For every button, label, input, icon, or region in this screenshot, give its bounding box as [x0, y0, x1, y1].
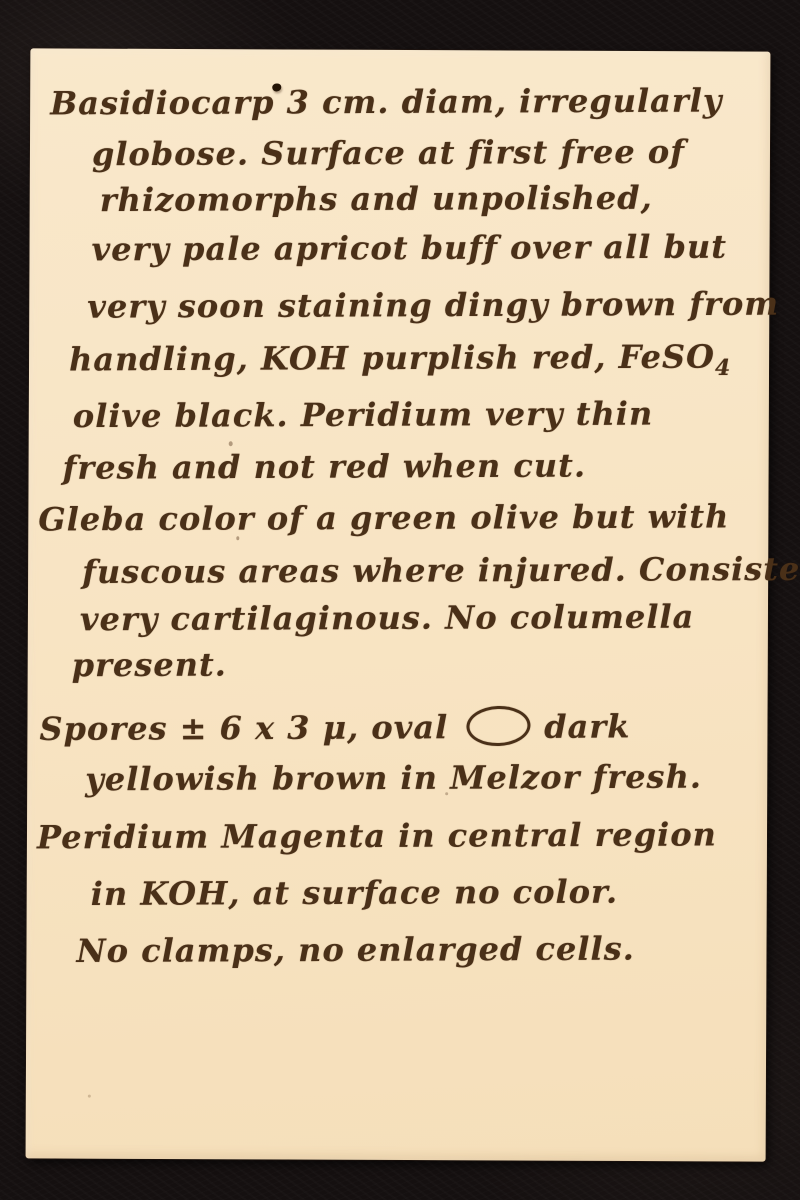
- handwritten-line: Basidiocarp 3 cm. diam, irregularly: [50, 81, 722, 122]
- paper-speck: [88, 1095, 91, 1098]
- handwritten-line: very soon staining dingy brown from: [87, 285, 779, 326]
- handwritten-line: in KOH, at surface no color.: [91, 873, 618, 913]
- paper-speck: [229, 441, 233, 446]
- handwritten-line: No clamps, no enlarged cells.: [76, 930, 634, 970]
- line-text: dark: [544, 707, 630, 745]
- handwritten-line: handling, KOH purplish red, FeSO4: [69, 338, 731, 379]
- handwritten-line: yellowish brown in Melzor fresh.: [85, 758, 702, 799]
- subscript-4: 4: [715, 355, 731, 381]
- handwritten-line: present.: [72, 646, 227, 685]
- handwritten-line: globose. Surface at first free of: [92, 133, 685, 174]
- handwritten-line: rhizomorphs and unpolished,: [100, 179, 653, 219]
- line-text: Spores ± 6 x 3 μ, oval: [39, 708, 448, 748]
- handwritten-line: Gleba color of a green olive but with: [38, 497, 729, 538]
- handwritten-line: fresh and not red when cut.: [63, 447, 587, 487]
- handwritten-line: very cartilaginous. No columella: [80, 598, 695, 639]
- spore-oval-sketch-icon: [465, 705, 531, 747]
- handwritten-line: Spores ± 6 x 3 μ, ovaldark: [39, 705, 630, 748]
- index-card: Basidiocarp 3 cm. diam, irregularly glob…: [26, 48, 771, 1161]
- handwritten-line: olive black. Peridium very thin: [73, 395, 654, 436]
- handwritten-line: Peridium Magenta in central region: [37, 815, 717, 856]
- handwritten-line: fuscous areas where injured. Consistency: [82, 550, 800, 591]
- line-text: handling, KOH purplish red, FeSO: [69, 338, 715, 379]
- scanned-photo: { "scene": { "background_color": "#15101…: [0, 0, 800, 1200]
- handwritten-line: very pale apricot buff over all but: [91, 228, 727, 269]
